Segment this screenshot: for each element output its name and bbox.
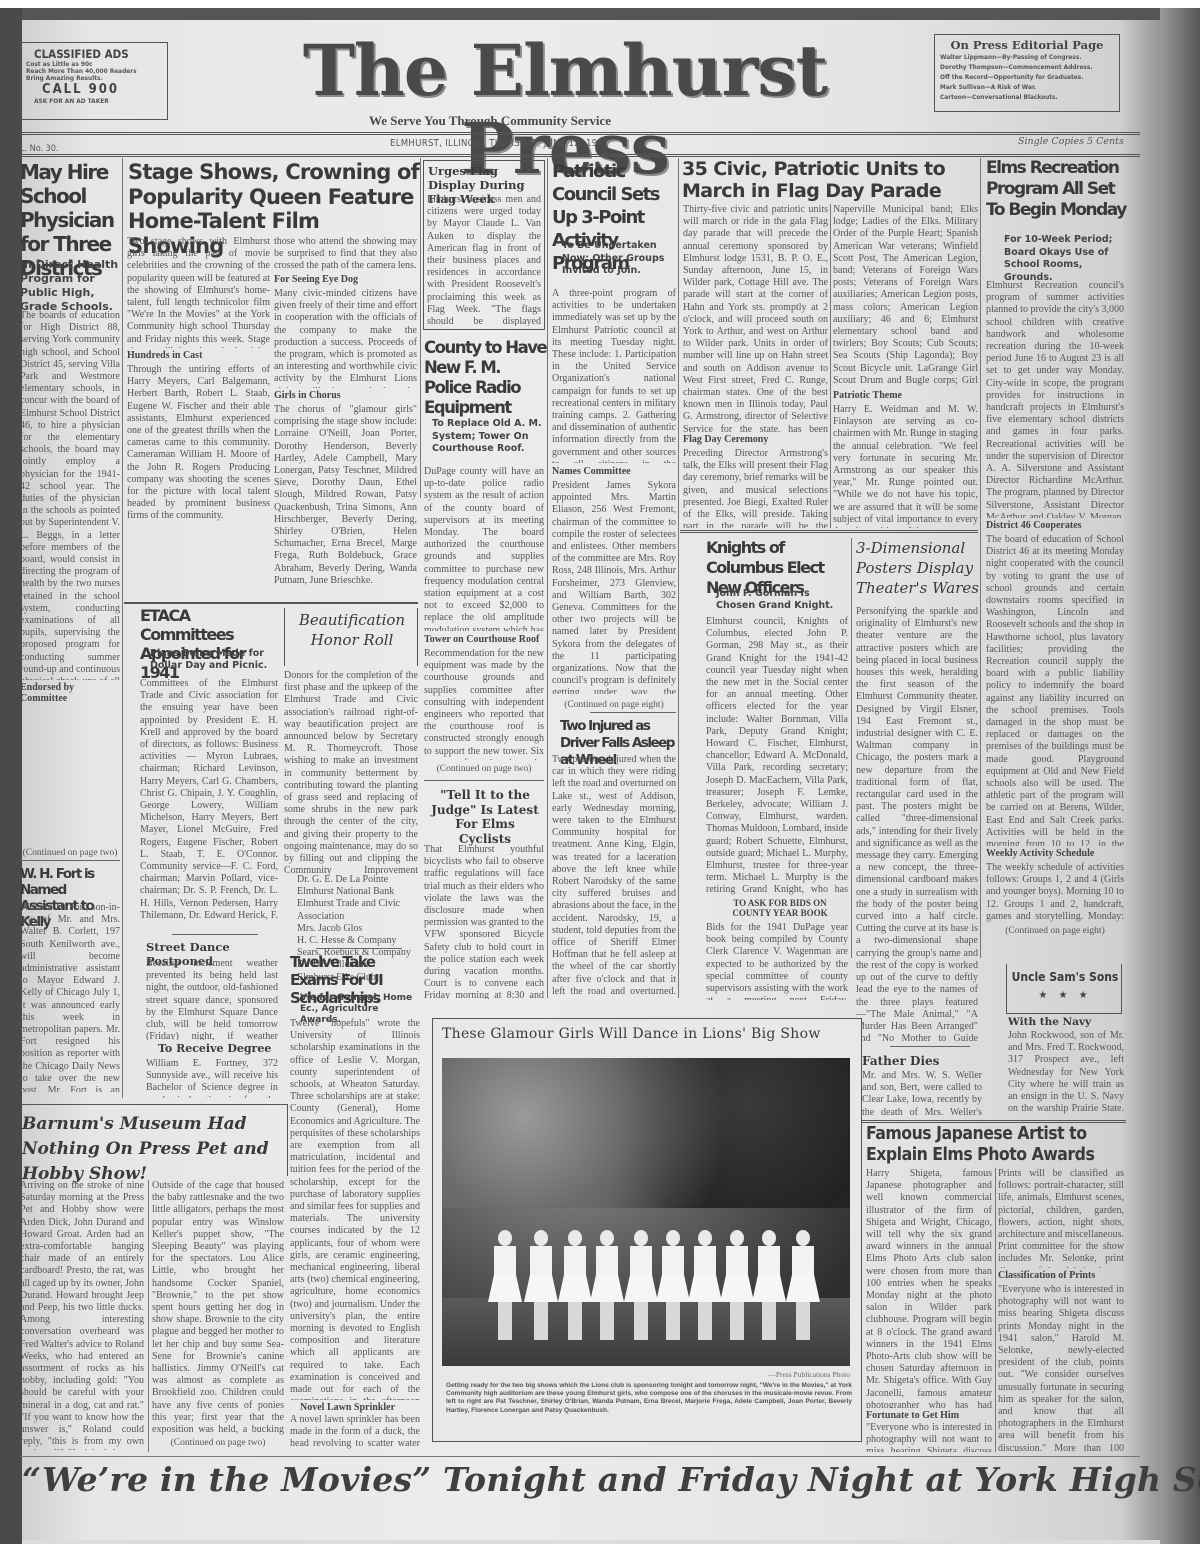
body-police-radio: DuPage county will have an up-to-date po… xyxy=(424,466,544,631)
kicker-flag-day-ceremony: Flag Day Ceremony xyxy=(683,434,828,445)
column-rule xyxy=(678,158,679,998)
body-japanese-artist-2: "Everyone who is interested in photograp… xyxy=(866,1422,992,1452)
dateline: ELMHURST, ILLINOIS, THURSDAY, JUNE 12, 1… xyxy=(390,138,609,149)
masthead-rule-bottom xyxy=(20,154,1140,157)
donor-item: Elmhurst National Bank xyxy=(297,886,422,898)
photo-title: These Glamour Girls Will Dance in Lions'… xyxy=(442,1026,862,1042)
editorial-page-ear: On Press Editorial Page Walter Lippmann—… xyxy=(934,34,1120,112)
headline-degree: To Receive Degree xyxy=(158,1042,288,1055)
subhead-patriotic-council: To Be Undertaken Now; Other Groups Invit… xyxy=(562,240,674,278)
headline-cyclists: "Tell It to the Judge" Is Latest For Elm… xyxy=(430,788,540,846)
column-rule xyxy=(851,538,852,958)
editorial-item-5: Cartoon—Conversational Blackouts. xyxy=(940,92,1114,102)
body-patriotic-council: A three-point program of activities to b… xyxy=(552,288,676,463)
donor-item: Mrs. Jacob Glos xyxy=(297,923,422,935)
editorial-item-4: Mark Sullivan—A Risk of War. xyxy=(940,82,1114,92)
body-flag-parade-right: Naperville Municipal band; Elks lodge; L… xyxy=(833,204,978,388)
editorial-item-2: Dorothy Thompson—Commencement Address. xyxy=(940,62,1114,72)
headline-flag-parade: 35 Civic, Patriotic Units to March in Fl… xyxy=(682,158,982,202)
column-rule xyxy=(995,1168,996,1452)
subhead-knights: John P. Gorman Is Chosen Grand Knight. xyxy=(716,588,836,612)
body-father-dies: Mr. and Mrs. W. S. Weller and son, Bert,… xyxy=(862,1070,982,1118)
divider xyxy=(680,530,978,533)
photo-caption: Getting ready for the two big shows whic… xyxy=(446,1382,852,1415)
banner-rule xyxy=(20,1456,1140,1457)
body-lawn-sprinkler: A novel lawn sprinkler has been made in … xyxy=(290,1414,420,1450)
kicker-names-committee: Names Committee xyxy=(552,466,676,477)
headline-police-radio: County to Have New F. M. Police Radio Eq… xyxy=(424,338,548,418)
body-elms-recreation-3: The weekly schedule of activities follow… xyxy=(986,862,1124,922)
body-japanese-artist-4: "Everyone who is interested in photograp… xyxy=(998,1284,1124,1452)
body-flag-parade-right-2: Harry E. Weidman and M. W. Finlayson are… xyxy=(833,404,978,528)
body-stage-shows-right-2: Many civic-minded citizens have given fr… xyxy=(274,288,417,388)
body-two-injured: Two persons, injured when the car in whi… xyxy=(552,754,676,999)
newspaper-page-scan: CLASSIFIED ADS Cost as Little as 90c Rea… xyxy=(0,8,1200,1544)
body-cyclists: That Elmhurst youthful bicyclists who fa… xyxy=(424,844,544,999)
kicker-classification: Classification of Prints xyxy=(998,1270,1124,1281)
kicker-fortunate: Fortunate to Get Him xyxy=(866,1410,992,1421)
body-street-dance: Because inclement weather prevented its … xyxy=(146,958,278,1040)
bottom-banner-headline: “We’re in the Movies” Tonight and Friday… xyxy=(22,1460,1192,1499)
body-elms-recreation: Elmhurst Recreation council's program of… xyxy=(986,280,1124,518)
divider xyxy=(172,934,258,935)
glamour-girls-photo xyxy=(442,1058,850,1366)
body-stage-shows-left: Two stage shows with Elmhurst girls taki… xyxy=(127,236,270,348)
body-flag-parade-left: Thirty-five civic and patriotic units wi… xyxy=(683,204,828,432)
continued-police-radio: (Continued on page two) xyxy=(424,764,544,774)
kicker-with-the-navy: With the Navy xyxy=(1008,1016,1124,1028)
kicker-seeing-eye-dog: For Seeing Eye Dog xyxy=(274,274,417,285)
body-japanese-artist-3: Prints will be classified as follows: po… xyxy=(998,1168,1124,1268)
scan-binding-shadow xyxy=(0,8,22,1544)
classified-call-number: CALL 900 xyxy=(26,82,162,97)
editorial-item-3: Off the Record—Opportunity for Graduates… xyxy=(940,72,1114,82)
kicker-tower-courthouse: Tower on Courthouse Roof xyxy=(424,634,544,645)
photo-credit: —Press Publications Photo xyxy=(740,1370,850,1379)
kicker-weekly-schedule: Weekly Activity Schedule xyxy=(986,848,1124,859)
column-rule xyxy=(420,158,421,498)
body-patriotic-council-2: President James Sykora appointed Mrs. Ma… xyxy=(552,480,676,694)
headline-barnum: Barnum's Museum Had Nothing On Press Pet… xyxy=(22,1112,284,1187)
body-degree: William E. Fortney, 372 Sunnyside ave., … xyxy=(146,1058,278,1098)
body-barnum-left: Arriving on the stroke of nine Saturday … xyxy=(20,1180,144,1450)
continued-elms-recreation: (Continued on page eight) xyxy=(986,926,1124,936)
body-uncle-sam: John Rockwood, son of Mr. and Mrs. Fred … xyxy=(1008,1030,1124,1116)
body-japanese-artist: Harry Shigeta, famous Japanese photograp… xyxy=(866,1168,992,1408)
body-scholarships: Twelve "hopefuls" wrote the University o… xyxy=(290,1018,420,1400)
classified-ads-ear: CLASSIFIED ADS Cost as Little as 90c Rea… xyxy=(20,42,168,120)
photo-foliage xyxy=(442,1058,850,1208)
masthead-rule-top xyxy=(20,132,1140,135)
subhead-etaca: Plans Being Made for Dollar Day and Picn… xyxy=(150,648,275,672)
kicker-girls-in-chorus: Girls in Chorus xyxy=(274,390,417,401)
headline-posters: 3-Dimensional Posters Display Theater's … xyxy=(856,538,980,598)
body-beautification: Donors for the completion of the first p… xyxy=(284,670,418,875)
column-rule xyxy=(122,158,123,1098)
classified-ask-line: ASK FOR AN AD TAKER xyxy=(26,97,162,105)
volume-number: L. No. 30. xyxy=(20,144,59,154)
headline-japanese-artist: Famous Japanese Artist to Explain Elms P… xyxy=(866,1124,1136,1166)
headline-uncle-sam: Uncle Sam's Sons xyxy=(1010,970,1120,984)
headline-beautification: Beautification Honor Roll xyxy=(292,610,412,650)
kicker-school-physician: Endorsed by Committee xyxy=(20,682,120,704)
divider xyxy=(124,602,418,604)
body-county-year-book: Bids for the 1941 DuPage year book being… xyxy=(706,922,848,1000)
body-elms-recreation-2: The board of education of School Distric… xyxy=(986,534,1124,846)
body-flag-parade-left-2: Preceding Director Armstrong's talk, the… xyxy=(683,448,828,528)
editorial-item-1: Walter Lippmann—By-Passing of Congress. xyxy=(940,52,1114,62)
subhead-elms-recreation: For 10-Week Period; Board Okays Use of S… xyxy=(1004,234,1124,284)
subhead-school-physician: In Direct Health Program for Public High… xyxy=(20,258,122,314)
divider xyxy=(890,1046,970,1047)
divider xyxy=(424,780,544,781)
divider xyxy=(316,948,402,949)
column-rule xyxy=(547,158,548,998)
masthead-motto: We Serve You Through Community Service xyxy=(300,113,680,129)
donor-item: Elmhurst Trade and Civic Association xyxy=(297,898,422,922)
continued-barnum: (Continued on page two) xyxy=(152,1438,284,1448)
kicker-lawn-sprinkler: Novel Lawn Sprinkler xyxy=(300,1402,420,1413)
headline-elms-recreation: Elms Recreation Program All Set To Begin… xyxy=(986,158,1126,221)
scan-right-edge-shadow xyxy=(1160,8,1200,1544)
body-barnum-right: Outside of the cage that housed the baby… xyxy=(152,1180,284,1435)
kicker-district-46: District 46 Cooperates xyxy=(986,520,1124,531)
donor-item: Dr. G. E. De La Pointe xyxy=(297,874,422,886)
body-stage-shows-right: those who attend the showing may be surp… xyxy=(274,236,417,272)
continued-school-physician: (Continued on page two) xyxy=(20,848,120,858)
stars-ornament: ★ ★ ★ xyxy=(1010,990,1120,1001)
body-knights: Elmhurst council, Knights of Columbus, e… xyxy=(706,616,848,896)
divider xyxy=(20,860,120,861)
kicker-patriotic-theme: Patriotic Theme xyxy=(833,390,978,401)
divider xyxy=(862,1120,1126,1123)
body-school-physician: The boards of education for High Distric… xyxy=(20,310,120,680)
kicker-hundreds-in-cast: Hundreds in Cast xyxy=(127,350,270,361)
body-police-radio-2: Recommendation for the new equipment was… xyxy=(424,648,544,760)
editorial-ear-title: On Press Editorial Page xyxy=(940,38,1114,52)
donor-item: H. C. Hesse & Company xyxy=(297,935,422,947)
kicker-county-year-book: TO ASK FOR BIDS ON COUNTY YEAR BOOK xyxy=(720,898,840,918)
body-posters: Personifying the sparkle and originality… xyxy=(856,606,978,1044)
subhead-police-radio: To Replace Old A. M. System; Tower On Co… xyxy=(432,418,546,456)
body-etaca: Committees of the Elmhurst Trade and Civ… xyxy=(140,678,278,923)
body-flag-display: Elmhurst business men and citizens were … xyxy=(427,194,541,326)
column-rule xyxy=(830,204,831,528)
continued-patriotic-council: (Continued on page eight) xyxy=(552,700,676,710)
column-rule xyxy=(980,158,981,958)
headline-father-dies: Father Dies xyxy=(862,1054,982,1068)
classified-line-3: Bring Amazing Results. xyxy=(26,75,162,82)
body-stage-shows-left-2: Through the untiring efforts of Harry Me… xyxy=(127,364,270,596)
body-fort: William H. Fort, son-in-law of Mr. and M… xyxy=(20,902,120,1092)
column-rule xyxy=(148,1180,149,1452)
classified-ads-title: CLASSIFIED ADS xyxy=(26,47,162,61)
body-stage-shows-right-3: The chorus of "glamour girls" comprising… xyxy=(274,404,417,598)
divider xyxy=(590,712,676,713)
price-line: Single Copies 5 Cents xyxy=(1018,136,1124,147)
